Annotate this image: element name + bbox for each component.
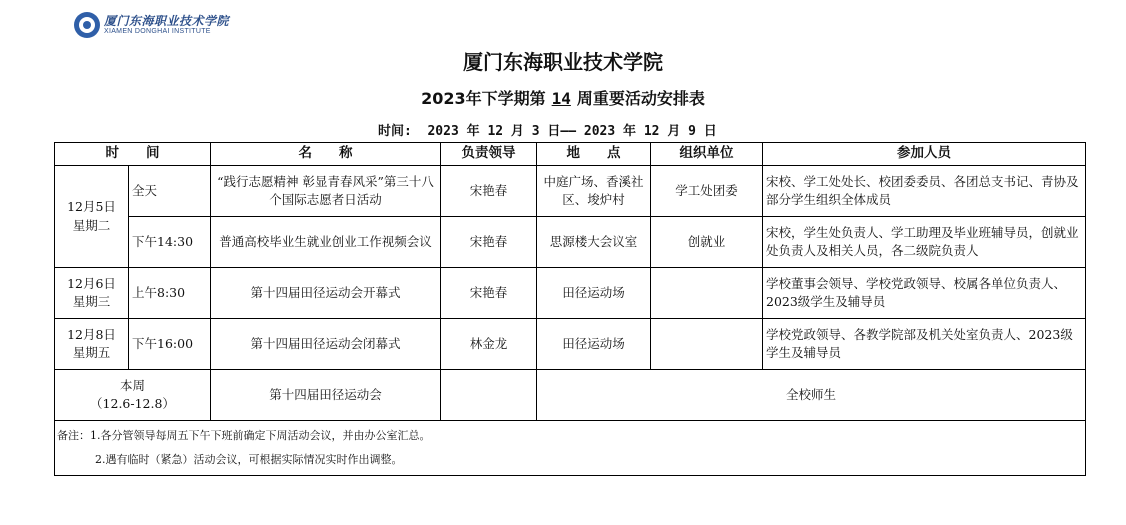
school-logo: 厦门东海职业技术学院 XIAMEN DONGHAI INSTITUTE	[74, 12, 229, 38]
note-1: 备注：1.各分管领导每周五下午下班前确定下周活动会议，并由办公室汇总。	[57, 424, 1083, 448]
week-event-leader	[441, 370, 537, 421]
event-participants: 学校党政领导、各教学院部及机关处室负责人、2023级学生及辅导员	[763, 319, 1086, 370]
week-label: 本周	[58, 377, 207, 395]
day-date: 12月8日	[58, 326, 125, 344]
event-leader: 宋艳春	[441, 166, 537, 217]
day-cell: 12月8日 星期五	[55, 319, 129, 370]
event-time: 下午16:00	[129, 319, 211, 370]
day-date: 12月6日	[58, 275, 125, 293]
event-participants: 宋校、学工处处长、校团委委员、各团总支书记、青协及部分学生组织全体成员	[763, 166, 1086, 217]
header-name: 名 称	[211, 143, 441, 166]
event-name: 普通高校毕业生就业创业工作视频会议	[211, 217, 441, 268]
event-location: 田径运动场	[537, 319, 651, 370]
event-participants: 宋校，学生处负责人、学工助理及毕业班辅导员，创就业处负责人及相关人员，各二级院负…	[763, 217, 1086, 268]
event-time: 下午14:30	[129, 217, 211, 268]
header-organizer: 组织单位	[651, 143, 763, 166]
subtitle-prefix: 2023年下学期第	[421, 89, 546, 108]
schedule-subtitle: 2023年下学期第14周重要活动安排表	[0, 86, 1126, 109]
logo-name-cn: 厦门东海职业技术学院	[104, 15, 229, 28]
day-weekday: 星期五	[58, 344, 125, 362]
table-header-row: 时 间 名 称 负责领导 地 点 组织单位 参加人员	[55, 143, 1086, 166]
week-range: （12.6-12.8）	[58, 395, 207, 413]
table-row: 下午14:30 普通高校毕业生就业创业工作视频会议 宋艳春 思源楼大会议室 创就…	[55, 217, 1086, 268]
event-name: 第十四届田径运动会开幕式	[211, 268, 441, 319]
event-leader: 林金龙	[441, 319, 537, 370]
header-leader: 负责领导	[441, 143, 537, 166]
event-time: 全天	[129, 166, 211, 217]
event-organizer: 学工处团委	[651, 166, 763, 217]
header-location: 地 点	[537, 143, 651, 166]
school-emblem-icon	[74, 12, 100, 38]
event-leader: 宋艳春	[441, 217, 537, 268]
event-location: 思源楼大会议室	[537, 217, 651, 268]
event-organizer	[651, 319, 763, 370]
logo-name-en: XIAMEN DONGHAI INSTITUTE	[104, 28, 229, 36]
day-cell: 12月5日 星期二	[55, 166, 129, 268]
week-event-participants: 全校师生	[537, 370, 1086, 421]
week-event-name: 第十四届田径运动会	[211, 370, 441, 421]
event-participants: 学校董事会领导、学校党政领导、校属各单位负责人、2023级学生及辅导员	[763, 268, 1086, 319]
table-row: 12月5日 星期二 全天 “践行志愿精神 彰显青春风采”第三十八个国际志愿者日活…	[55, 166, 1086, 217]
note-2: 2.遇有临时（紧急）活动会议，可根据实际情况实时作出调整。	[57, 448, 1083, 472]
event-name: 第十四届田径运动会闭幕式	[211, 319, 441, 370]
week-label-cell: 本周 （12.6-12.8）	[55, 370, 211, 421]
header-participants: 参加人员	[763, 143, 1086, 166]
week-number: 14	[546, 89, 577, 108]
event-leader: 宋艳春	[441, 268, 537, 319]
schedule-table: 时 间 名 称 负责领导 地 点 组织单位 参加人员 12月5日 星期二 全天 …	[54, 142, 1086, 476]
event-location: 中庭广场、香溪社区、埈炉村	[537, 166, 651, 217]
event-location: 田径运动场	[537, 268, 651, 319]
notes-cell: 备注：1.各分管领导每周五下午下班前确定下周活动会议，并由办公室汇总。 2.遇有…	[55, 421, 1086, 476]
date-range: 时间: 2023 年 12 月 3 日—— 2023 年 12 月 9 日	[378, 120, 717, 139]
day-weekday: 星期三	[58, 293, 125, 311]
day-cell: 12月6日 星期三	[55, 268, 129, 319]
event-time: 上午8:30	[129, 268, 211, 319]
notes-row: 备注：1.各分管领导每周五下午下班前确定下周活动会议，并由办公室汇总。 2.遇有…	[55, 421, 1086, 476]
page-title: 厦门东海职业技术学院	[0, 46, 1126, 75]
subtitle-suffix: 周重要活动安排表	[577, 89, 705, 108]
header-time: 时 间	[55, 143, 211, 166]
event-organizer	[651, 268, 763, 319]
day-date: 12月5日	[58, 198, 125, 216]
table-row: 12月6日 星期三 上午8:30 第十四届田径运动会开幕式 宋艳春 田径运动场 …	[55, 268, 1086, 319]
event-name: “践行志愿精神 彰显青春风采”第三十八个国际志愿者日活动	[211, 166, 441, 217]
event-organizer: 创就业	[651, 217, 763, 268]
day-weekday: 星期二	[58, 217, 125, 235]
table-row-week: 本周 （12.6-12.8） 第十四届田径运动会 全校师生	[55, 370, 1086, 421]
table-row: 12月8日 星期五 下午16:00 第十四届田径运动会闭幕式 林金龙 田径运动场…	[55, 319, 1086, 370]
